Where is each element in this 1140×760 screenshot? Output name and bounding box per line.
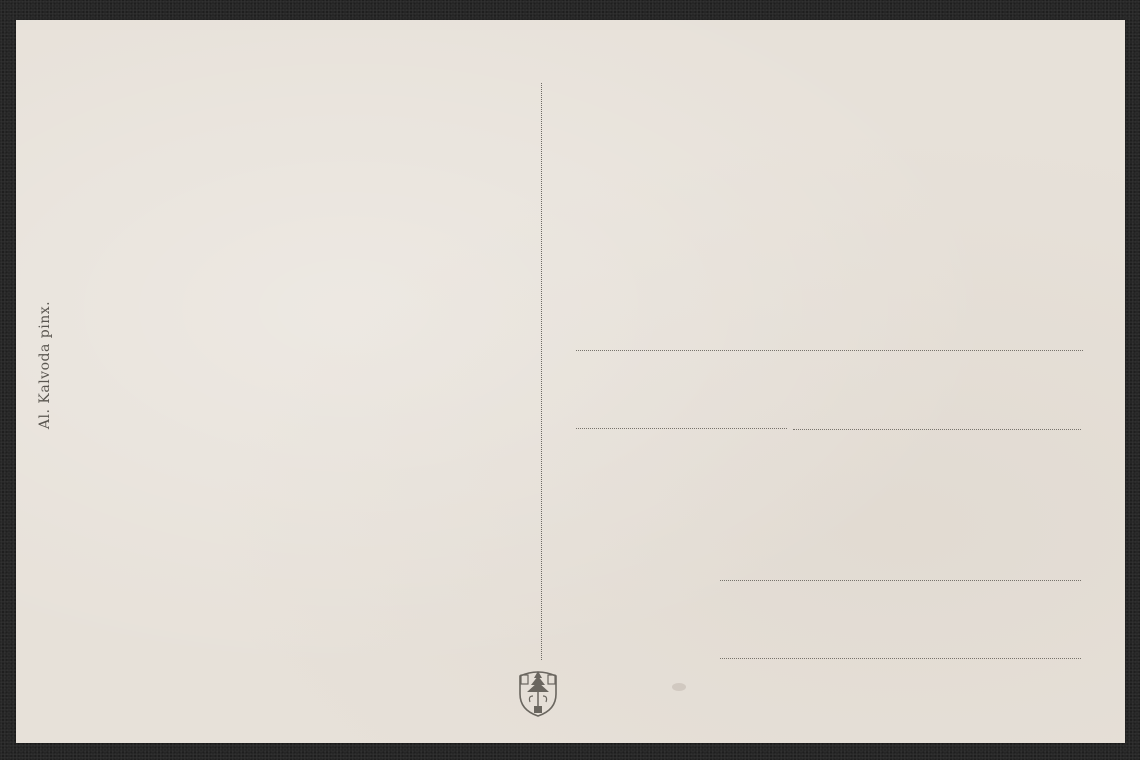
paper-stain — [672, 683, 686, 691]
publisher-tree-shield-icon — [514, 666, 562, 718]
postcard-back — [16, 20, 1125, 743]
address-line-4 — [720, 658, 1081, 659]
address-line-2b — [793, 429, 1081, 430]
address-line-3 — [720, 580, 1081, 581]
message-address-divider — [541, 83, 542, 660]
address-line-2a — [576, 428, 787, 429]
artist-credit: Al. Kalvoda pinx. — [37, 301, 53, 429]
address-line-1 — [576, 350, 1083, 351]
